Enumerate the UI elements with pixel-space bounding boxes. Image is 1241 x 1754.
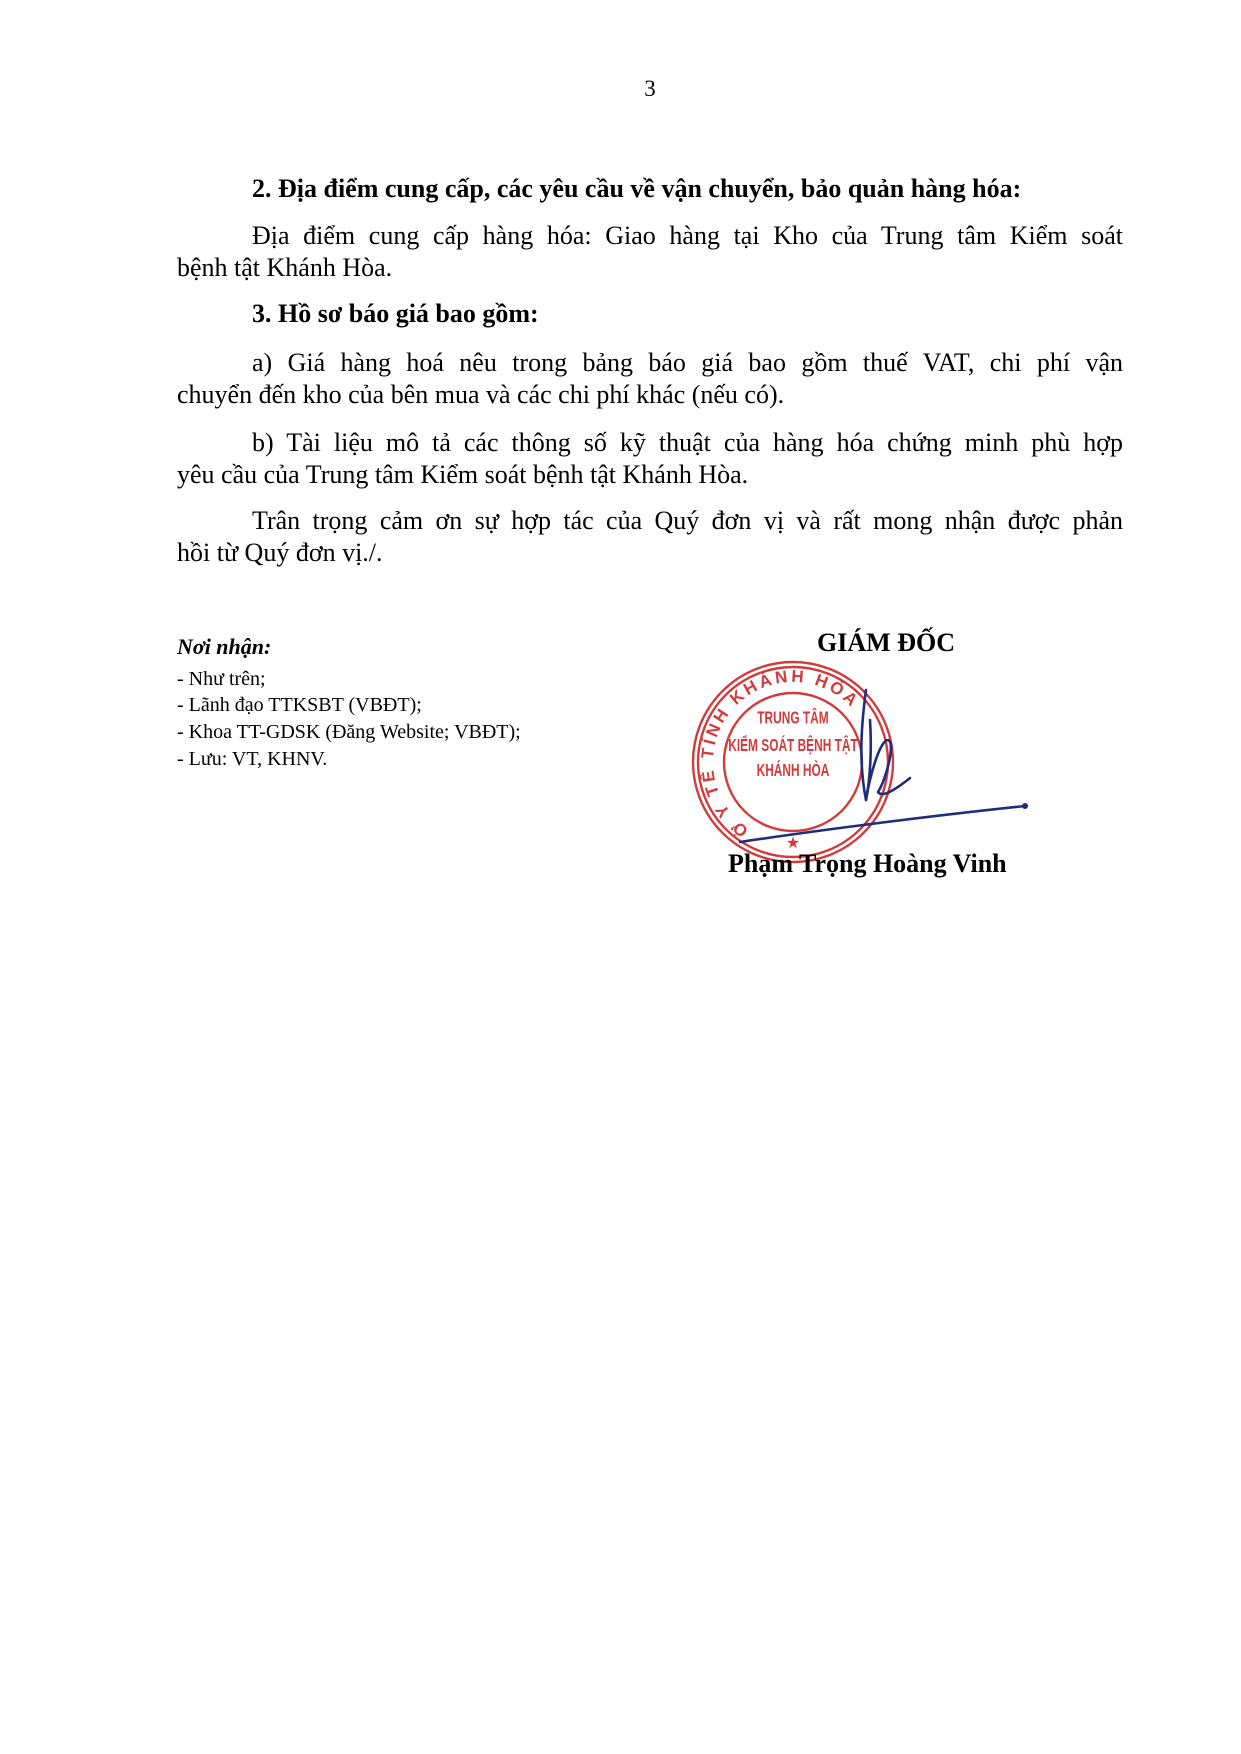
page-number: 3: [0, 76, 1241, 102]
recipient-item: - Lưu: VT, KHNV.: [177, 748, 327, 771]
closing-line2: hồi từ Quý đơn vị./.: [177, 538, 383, 568]
recipient-item: - Lãnh đạo TTKSBT (VBĐT);: [177, 694, 422, 717]
delivery-paragraph-line2: bệnh tật Khánh Hòa.: [177, 253, 392, 283]
quotation-item-a-line2: chuyển đến kho của bên mua và các chi ph…: [177, 380, 784, 410]
section-heading-delivery: 2. Địa điểm cung cấp, các yêu cầu về vận…: [252, 176, 1021, 202]
recipient-item: - Khoa TT-GDSK (Đăng Website; VBĐT);: [177, 721, 521, 744]
quotation-item-a-line1: a) Giá hàng hoá nêu trong bảng báo giá b…: [252, 348, 1123, 378]
quotation-item-b-line1: b) Tài liệu mô tả các thông số kỹ thuật …: [252, 428, 1123, 458]
delivery-paragraph-line1: Địa điểm cung cấp hàng hóa: Giao hàng tạ…: [252, 221, 1123, 251]
quotation-item-b-line2: yêu cầu của Trung tâm Kiểm soát bệnh tật…: [177, 460, 748, 490]
signer-title: GIÁM ĐỐC: [810, 628, 962, 658]
handwritten-signature-icon: [730, 680, 1040, 855]
section-heading-quotation: 3. Hồ sơ báo giá bao gồm:: [252, 301, 539, 327]
closing-line1: Trân trọng cảm ơn sự hợp tác của Quý đơn…: [252, 506, 1123, 536]
signer-name: Phạm Trọng Hoàng Vinh: [728, 849, 1007, 879]
recipients-title: Nơi nhận:: [177, 634, 271, 660]
recipient-item: - Như trên;: [177, 668, 266, 691]
